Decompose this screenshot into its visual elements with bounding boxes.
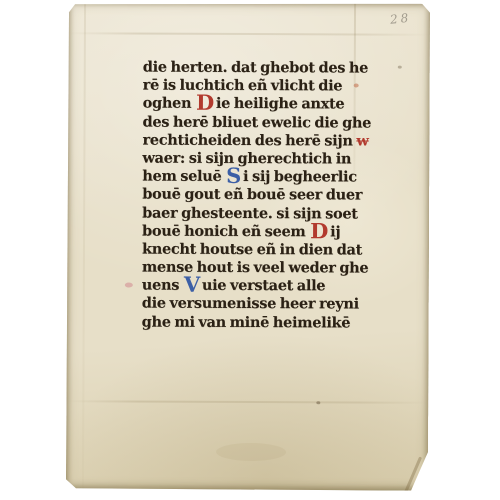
text-segment: die versumenisse heer reyni: [142, 295, 359, 313]
text-line: hem seluē Si sij begheerlic: [142, 168, 410, 187]
text-line: waer: si sijn gherechtich in: [142, 149, 410, 168]
text-segment: i sij begheerlic: [243, 168, 357, 185]
text-segment: ie heilighe anxte: [216, 95, 345, 113]
folio-number-pencil: 28: [389, 11, 412, 27]
corner-fold-shadow: [402, 456, 422, 498]
text-line: die versumenisse heer reyni: [142, 295, 410, 314]
rubricated-initial: D: [195, 96, 216, 110]
text-segment: oghen: [143, 95, 195, 112]
text-line: des herē bliuet ewelic die ghe: [143, 113, 411, 132]
text-segment: die herten. dat ghebot des he: [143, 59, 368, 77]
text-segment: rechticheiden des herē sijn: [142, 131, 356, 149]
text-line: oghen Die heilighe anxte: [143, 95, 411, 114]
text-segment: bouē gout eñ bouē seer duer: [142, 186, 362, 204]
crease-line: [82, 2, 86, 489]
crease-line: [66, 400, 428, 404]
text-segment: ghe mi van minē heimelikē: [142, 313, 351, 331]
text-line: knecht houtse eñ in dien dat: [142, 240, 410, 259]
text-line: die herten. dat ghebot des he: [143, 59, 411, 78]
manuscript-leaf: 28 die herten. dat ghebot des herē is lu…: [66, 2, 430, 491]
text-line: uens Vuie verstaet alle: [142, 277, 410, 296]
text-segment: uie verstaet alle: [202, 277, 325, 295]
crease-line: [68, 32, 430, 36]
text-line: bouē honich eñ seem Dij: [142, 222, 410, 241]
text-block: die herten. dat ghebot des herē is lucht…: [142, 59, 411, 333]
text-line: rechticheiden des herē sijn w: [142, 131, 410, 150]
text-segment: des herē bliuet ewelic die ghe: [143, 113, 372, 131]
text-segment: uens: [142, 277, 183, 294]
red-line-filler: w: [356, 132, 369, 149]
text-segment: bouē honich eñ seem: [142, 222, 309, 240]
blue-initial: S: [225, 169, 243, 183]
text-line: bouē gout eñ bouē seer duer: [142, 186, 410, 205]
text-segment: mense hout is veel weder ghe: [142, 259, 369, 277]
text-line: ghe mi van minē heimelikē: [142, 313, 410, 332]
blue-initial: V: [183, 278, 202, 292]
text-segment: knecht houtse eñ in dien dat: [142, 240, 362, 258]
text-segment: rē is luchtich eñ vlicht die: [143, 77, 343, 95]
text-line: baer ghesteente. si sijn soet: [142, 204, 410, 223]
stain: [125, 282, 133, 287]
photo-background: 28 die herten. dat ghebot des herē is lu…: [0, 0, 500, 500]
stain: [316, 401, 320, 404]
text-segment: ij: [330, 223, 340, 240]
text-line: rē is luchtich eñ vlicht die: [143, 77, 411, 96]
rubricated-initial: D: [309, 224, 330, 238]
text-segment: waer: si sijn gherechtich in: [142, 149, 351, 167]
stain: [216, 443, 286, 461]
text-segment: hem seluē: [142, 168, 225, 185]
text-line: mense hout is veel weder ghe: [142, 259, 410, 278]
